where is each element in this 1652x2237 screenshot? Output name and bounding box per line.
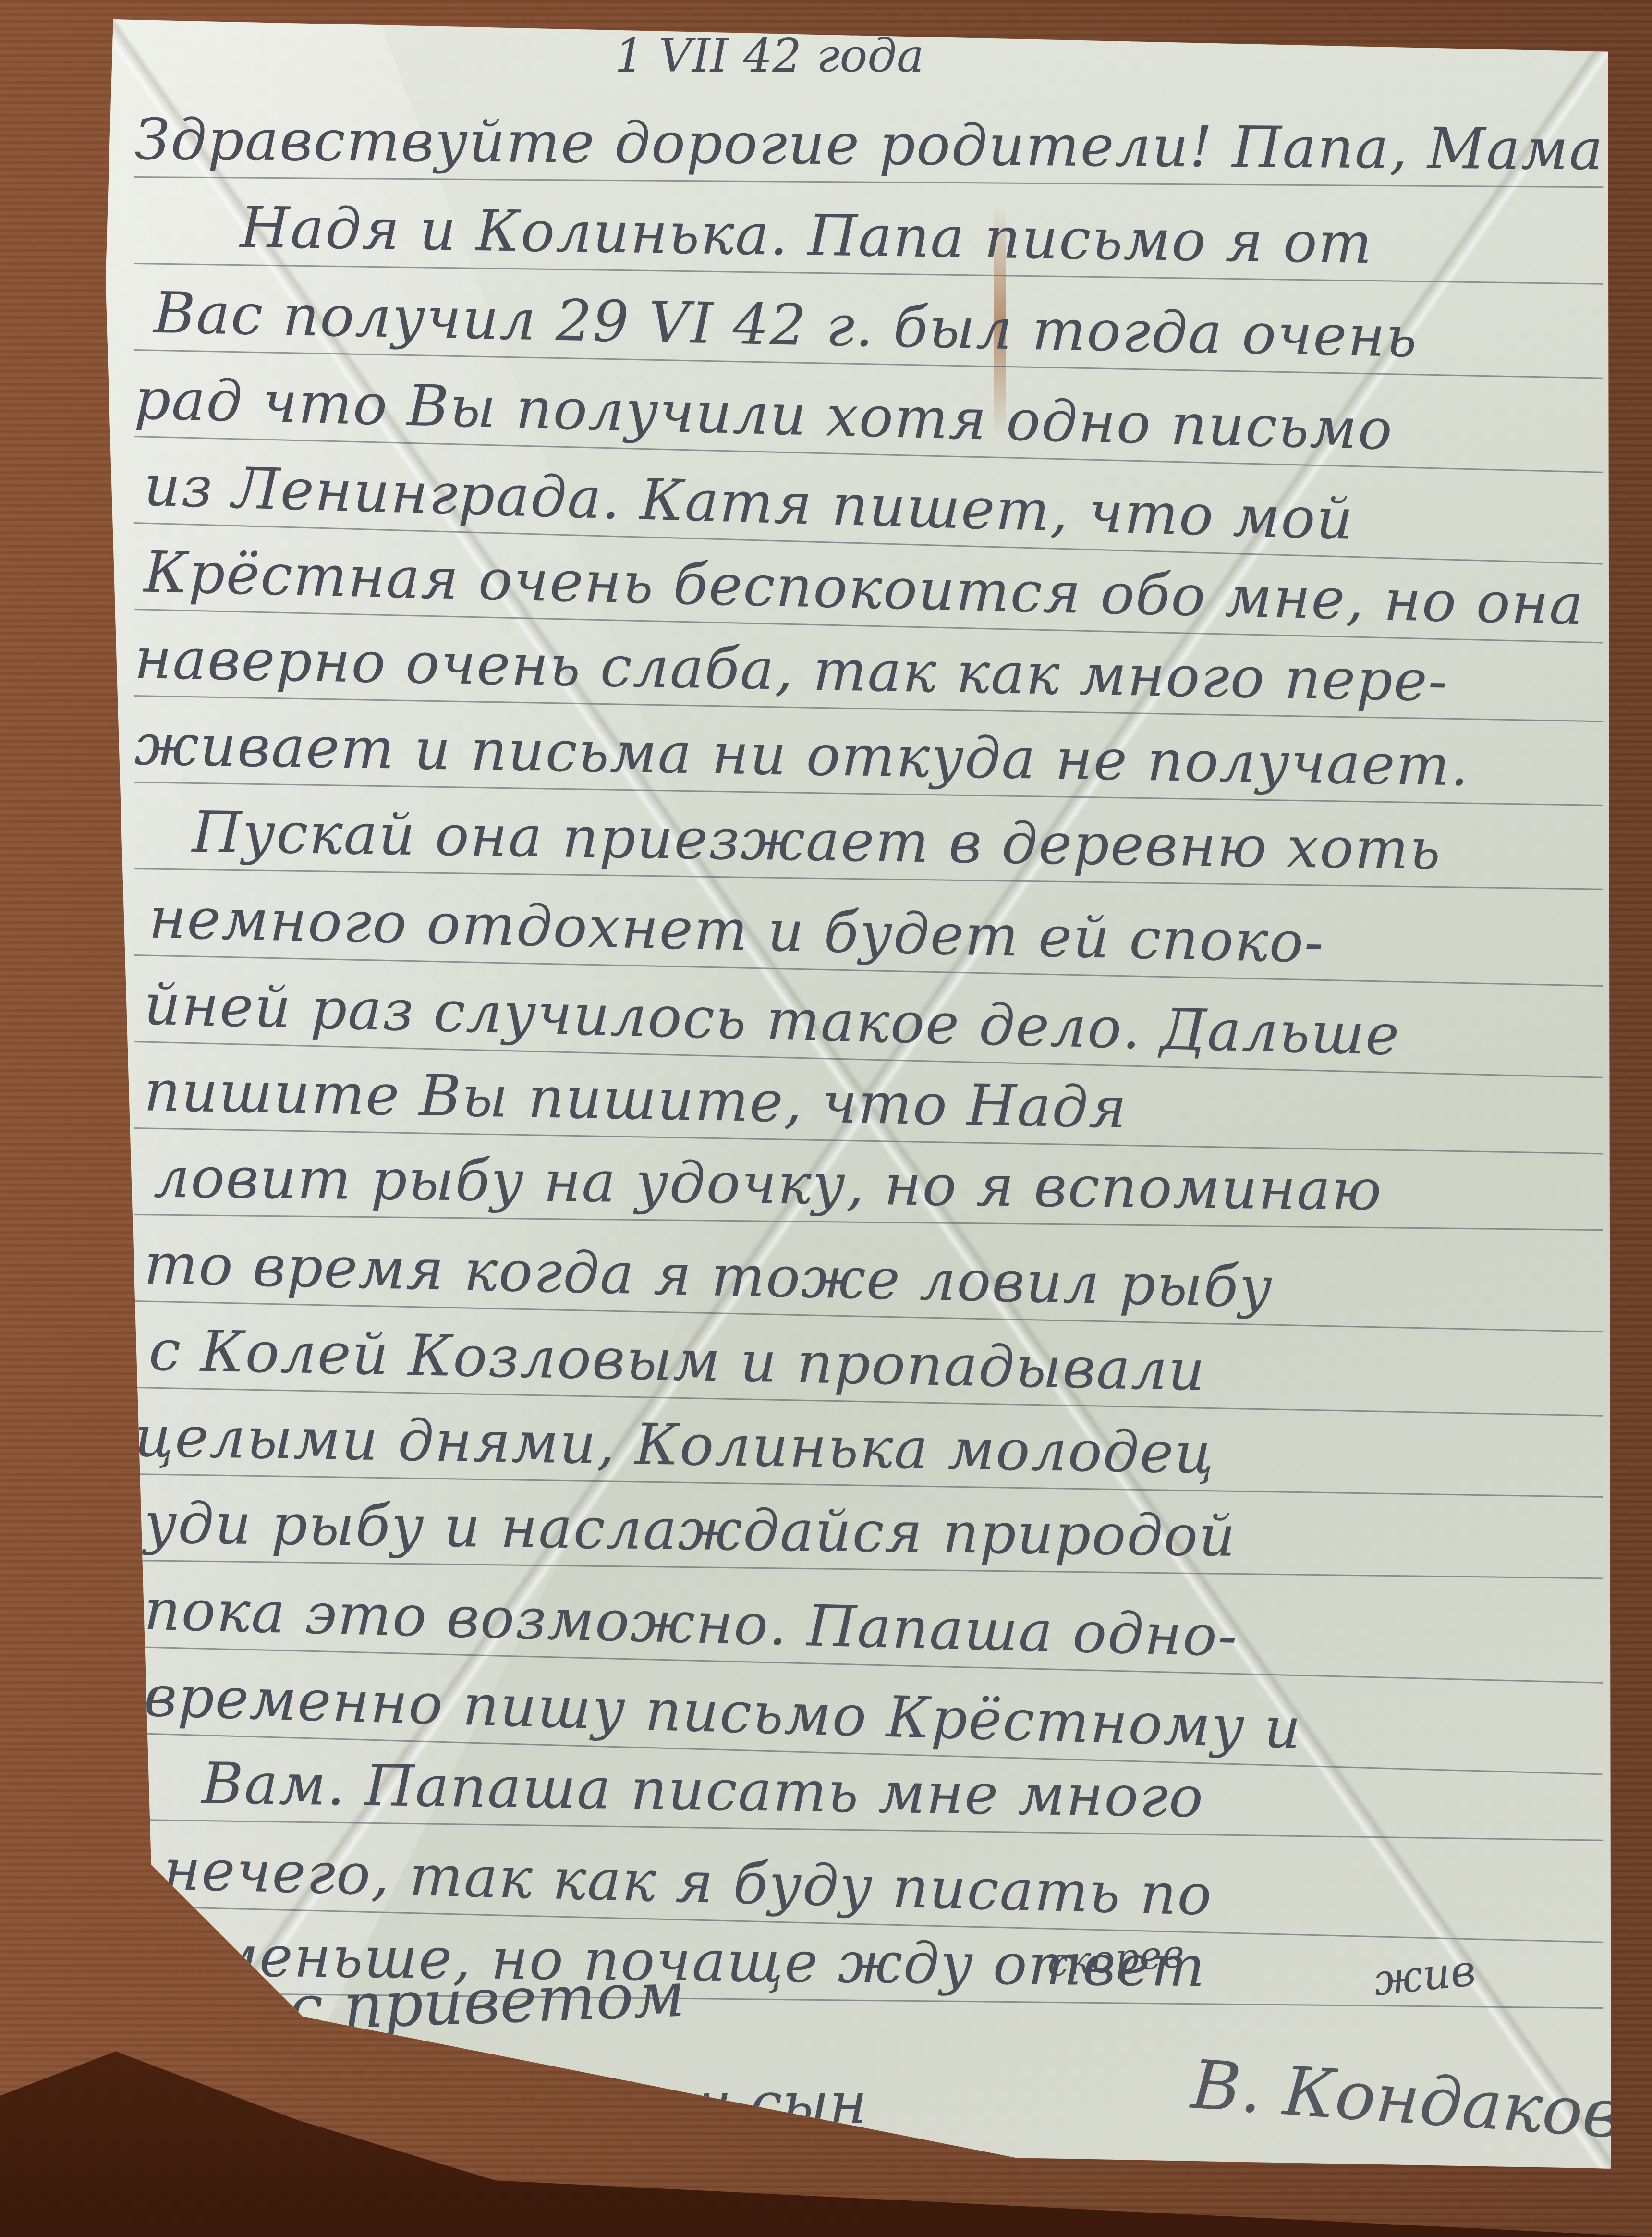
letter-line: ловит рыбу на удочку, но я вспоминаю [134,1134,1604,1235]
letter-line: Здравствуйте дорогие родители! Папа, Мам… [134,96,1604,193]
insert-word-trailing: жив [1371,1945,1478,2006]
signature: В. Кондаков [1189,2046,1624,2154]
letter-line: уди рыбу и наслаждайся природой [134,1479,1604,1584]
letter-paper: 1 VII 42 года Здравствуйте дорогие родит… [106,19,1623,2190]
letter-body: Здравствуйте дорогие родители! Папа, Мам… [134,38,1604,1998]
